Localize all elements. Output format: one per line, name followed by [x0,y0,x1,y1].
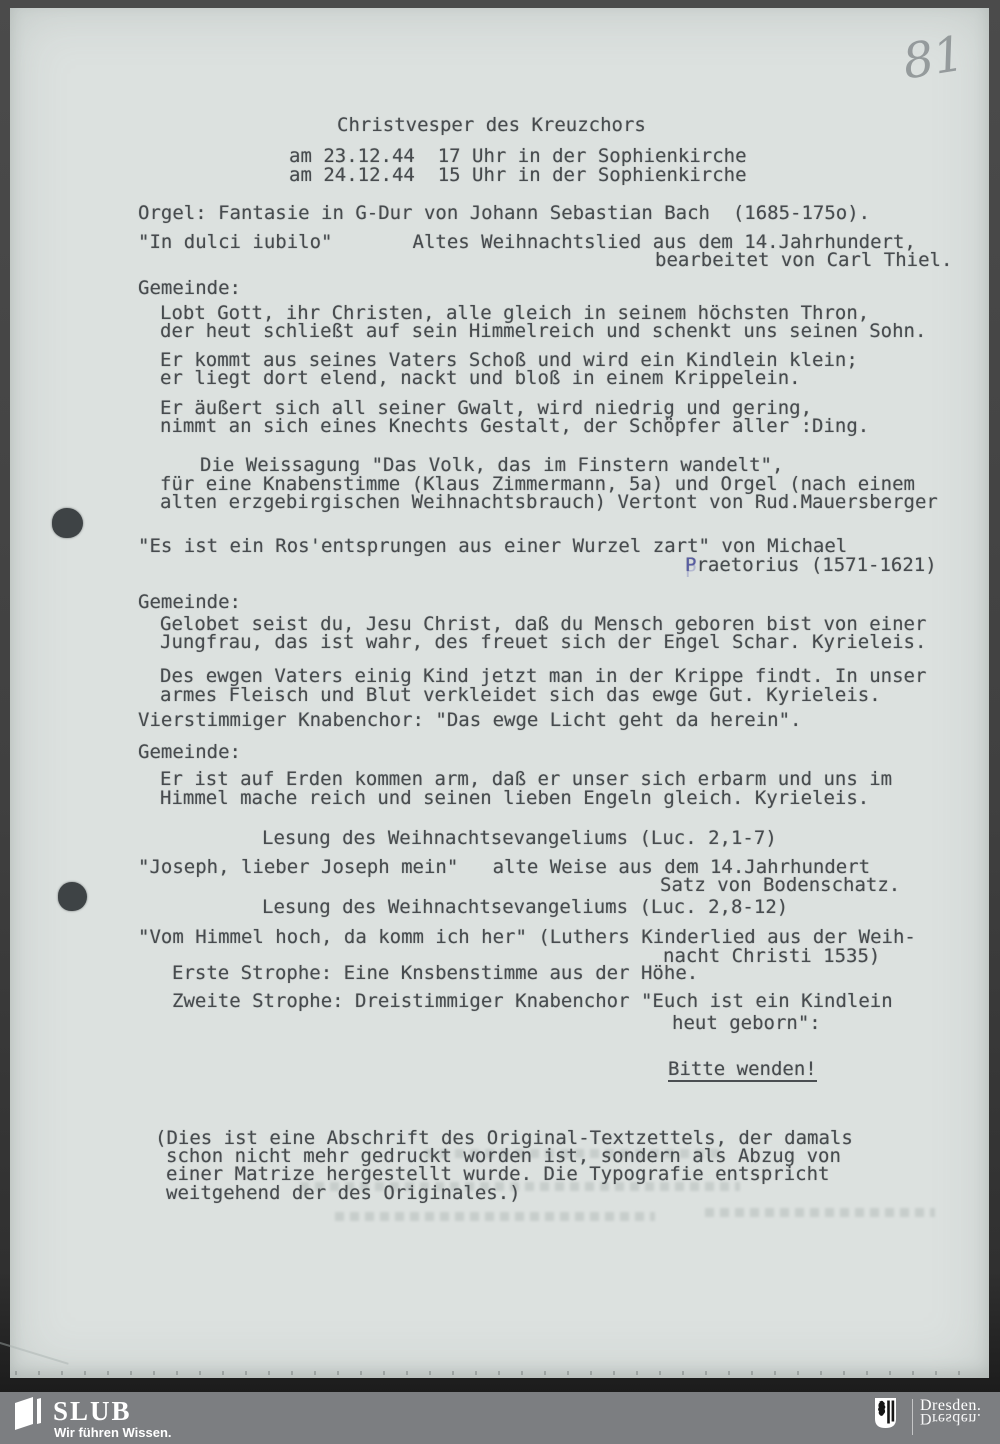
typewritten-line: weitgehend der des Originales.) [166,1184,521,1203]
typewritten-line: Praetorius (1571-1621) [685,556,937,575]
typewritten-line: Himmel mache reich und seinen lieben Eng… [160,789,869,808]
typewritten-line: armes Fleisch und Blut verkleidet sich d… [160,686,881,705]
typewritten-line: Gemeinde: [138,593,241,612]
slub-wordmark: SLUB [53,1396,132,1426]
dresden-wordmark-mirrored: Dresden. [920,1410,981,1427]
typewritten-line: Vierstimmiger Knabenchor: "Das ewge Lich… [138,711,801,730]
typewritten-line: Christvesper des Kreuzchors [337,116,646,135]
typewritten-line: Gemeinde: [138,743,241,762]
viewer-footer-bar: SLUB Wir führen Wissen. Dresden. Dresden… [0,1392,1000,1444]
scan-viewer: { "annotations": { "page_number_pencil":… [0,0,1000,1444]
blue-ink-correction: P [685,556,696,575]
slub-book-icon [14,1397,44,1430]
slub-tagline: Wir führen Wissen. [54,1426,172,1440]
typewritten-line: heut geborn": [672,1014,821,1033]
typewritten-line: Bitte wenden! [668,1060,817,1082]
typewritten-line: bearbeitet von Carl Thiel. [655,251,952,270]
typewritten-line: Lesung des Weihnachtsevangeliums (Luc. 2… [262,898,788,917]
typewritten-line: Zweite Strophe: Dreistimmiger Knabenchor… [172,992,893,1011]
dresden-coat-of-arms-icon [875,1398,896,1428]
footer-divider [912,1399,913,1435]
slub-logo[interactable]: SLUB Wir führen Wissen. [14,1396,274,1440]
dresden-logo[interactable]: Dresden. Dresden. [862,1396,992,1440]
typewritten-line: Jungfrau, das ist wahr, des freuet sich … [160,633,926,652]
typewritten-line: am 24.12.44 15 Uhr in der Sophienkirche [289,166,747,185]
typewritten-line: Orgel: Fantasie in G-Dur von Johann Seba… [138,204,870,223]
typewritten-line: er liegt dort elend, nackt und bloß in e… [160,369,801,388]
typewritten-text-layer: Christvesper des Kreuzchorsam 23.12.44 1… [0,0,1000,1378]
typewritten-line: Erste Strophe: Eine Knsbenstimme aus der… [172,964,698,983]
typewritten-line: Gemeinde: [138,279,241,298]
typewritten-line: Lesung des Weihnachtsevangeliums (Luc. 2… [262,829,777,848]
typewritten-line: nimmt an sich eines Knechts Gestalt, der… [160,417,869,436]
typewritten-line: der heut schließt auf sein Himmelreich u… [160,322,926,341]
typewritten-line: Satz von Bodenschatz. [660,876,900,895]
dresden-wordmark: Dresden. Dresden. [920,1397,981,1427]
typewritten-line: alten erzgebirgischen Weihnachtsbrauch) … [160,493,938,512]
